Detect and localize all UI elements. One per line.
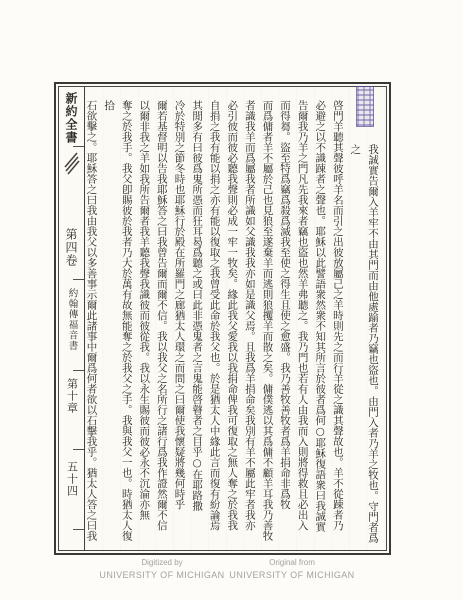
margin-strip: 新約全書 第四卷 約翰傳福音書 第十章 五十四 (59, 87, 84, 550)
scripture-column: 啓門羊聽其聲彼呼羊名而引之出彼放屬己之羊時則先之而行羊從之識其聲故也。羊不從踈者… (328, 100, 346, 544)
scripture-column: 石欲擊之。耶穌答之曰我由我父以多善事示爾此諸事中爾爲何者欲以石擊我乎。猶太人答之… (85, 100, 100, 544)
watermark-original-org: UNIVERSITY OF MICHIGAN (202, 569, 382, 581)
library-stamp (356, 86, 374, 127)
chapter-label: 第十章 (64, 378, 80, 414)
page-frame-inner: 新約全書 第四卷 約翰傳福音書 第十章 五十四 我誠實告爾入羊牢不由其門而由他 (58, 86, 387, 551)
scripture-column: 奪之於我手。我父卽賜彼於我者乃大於萬有故無能奪之於我父之手。我與我父一也。時猶太… (100, 100, 135, 544)
scripture-column: 爾若基督明以告我耶穌答之曰我曾告爾而爾不信。我以我父之名所行之諸行爲我作證然爾不… (152, 100, 170, 544)
page-frame: 新約全書 第四卷 約翰傳福音書 第十章 五十四 我誠實告爾入羊牢不由其門而由他 (54, 82, 391, 555)
strip-divider-tick (73, 449, 84, 450)
scripture-column: 冷於特別之節冬時也耶穌行於殿在所羅門之廊猶太人環之而問之曰爾使我懷疑將幾何時乎 (170, 100, 188, 544)
scripture-text-block: 我誠實告爾入羊牢不由其門而由他處踰者乃竊也盜也。由門入者乃羊之牧也。守門者爲之 … (85, 87, 386, 550)
scripture-column: 自捐之我有能以捐之亦有能以復取之我曾受此命於我父也。於是猶太人中緣此言而復有紛論… (205, 100, 223, 544)
ornament-flourish (64, 151, 80, 179)
scripture-column: 者識我羊而爲屬我者所識如父識我我亦如是識父焉。且我爲羊捐命矣我別有羊不屬此牢者我… (240, 100, 258, 544)
volume-label: 第四卷 (63, 228, 80, 267)
scripture-column: 必引彼而彼必聽我聲則必成一牢一牧矣。緣此我父愛我以我捐命俾我可復取之無人奪之於我… (223, 100, 241, 544)
scripture-column: 而爲傭者羊不屬於己也見狼至遂棄羊而逃則狼攫羊而散之矣。傭僕逃以其爲傭不顧羊耳我乃… (258, 100, 276, 544)
watermark-original-label: Original from (202, 558, 382, 569)
scripture-column: 以爾非我之羊如我所告爾者我羊聽我聲我識彼而彼從我。我以永生賜彼而彼必永不沉淪亦無 (135, 100, 153, 544)
scripture-column: 而得芻。盜至特爲竊爲殺爲滅我至使之得生且使之愈盛。我乃善牧善牧者爲羊捐命非爲牧 (275, 100, 293, 544)
page-number: 五十四 (64, 461, 80, 497)
strip-divider-tick (73, 529, 84, 530)
strip-divider-tick (73, 370, 84, 371)
watermark-original: Original from UNIVERSITY OF MICHIGAN (202, 558, 382, 581)
scripture-column: 必避之以不識踈者之聲也。耶穌以此譬語衆然衆不知其所言於彼者爲何○耶穌復語衆曰我誠… (311, 100, 329, 544)
scripture-column: 其閒多有曰彼爲鬼所憑而狂耳曷爲聽之或曰此非憑鬼者之言鬼能啓瞽者之目乎○在耶路撒 (187, 100, 205, 544)
series-title: 新約全書 (63, 92, 80, 144)
book-title: 約翰傳福音書 (65, 288, 79, 351)
scripture-column: 告爾我乃羊之門凡先我來者竊也盜也然羊弗聽之。我乃門也若有人由我而入則將得救且必出… (293, 100, 311, 544)
strip-divider-tick (73, 279, 84, 280)
scripture-column: 我誠實告爾入羊牢不由其門而由他處踰者乃竊也盜也。由門入者乃羊之牧也。守門者爲之 (346, 100, 381, 544)
scanned-book-page: 新約全書 第四卷 約翰傳福音書 第十章 五十四 我誠實告爾入羊牢不由其門而由他 (0, 0, 463, 600)
strip-divider-tick (73, 146, 84, 147)
